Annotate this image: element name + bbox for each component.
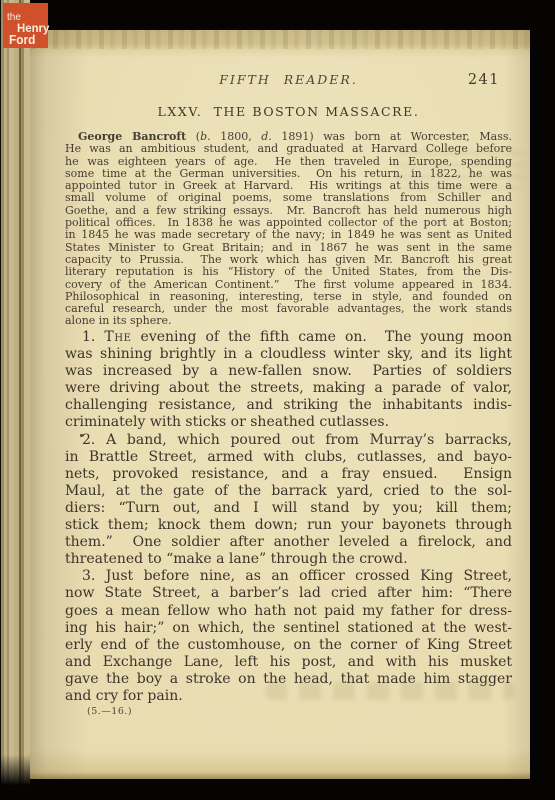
text-line: stick them; knock them down; run your ba…	[65, 517, 512, 534]
page-header: FIFTH READER. 241	[65, 72, 512, 88]
text-line: criminately with sticks or sheathed cutl…	[65, 414, 512, 431]
text-line: nets, provoked resistance, and a fray en…	[65, 466, 512, 483]
lesson-title: LXXV. THE BOSTON MASSACRE.	[65, 104, 512, 119]
text-line: 3. Just before nine, as an officer cross…	[65, 568, 512, 585]
text-line: was increased by a new-fallen snow. Part…	[65, 363, 512, 380]
henry-ford-logo: the Henry Ford	[3, 3, 48, 48]
text-line: Goethe, and a few striking essays. Mr. B…	[65, 205, 512, 217]
text-line: Philosophical in reasoning, interesting,…	[65, 291, 512, 303]
text-line: alone in its sphere.	[65, 315, 512, 327]
text-line: goes a mean fellow who hath not paid my …	[65, 603, 512, 620]
paragraph-1: 1. The evening of the fifth came on. The…	[65, 329, 512, 432]
book-page: FIFTH READER. 241 LXXV. THE BOSTON MASSA…	[30, 30, 530, 779]
text-line: threatened to “make a lane” through the …	[65, 551, 512, 568]
text-line: was shining brightly in a cloudless wint…	[65, 346, 512, 363]
text-line: 2. A band, which poured out from Murray’…	[65, 432, 512, 449]
text-line: in 1845 he was made secretary of the nav…	[65, 229, 512, 241]
showthrough-smudge	[265, 682, 515, 700]
lesson-text: 1. The evening of the fifth came on. The…	[65, 329, 512, 705]
showthrough-smudge	[395, 150, 525, 190]
text-line: them.” One soldier after another leveled…	[65, 534, 512, 551]
text-line: erly end of the customhouse, on the corn…	[65, 637, 512, 654]
text-line: careful research, under the most favorab…	[65, 303, 512, 315]
text-line: small volume of original poems, some tra…	[65, 192, 512, 204]
text-line: ing his hair;” on which, the sentinel st…	[65, 620, 512, 637]
text-line: political offices. In 1838 he was appoin…	[65, 217, 512, 229]
running-header: FIFTH READER.	[65, 72, 512, 87]
text-line: literary reputation is his “History of t…	[65, 266, 512, 278]
book-edge-pages	[0, 0, 30, 786]
ink-speck	[80, 434, 83, 437]
text-line: were driving about the streets, making a…	[65, 380, 512, 397]
text-line: covery of the American Continent.” The f…	[65, 279, 512, 291]
book-scan-stage: FIFTH READER. 241 LXXV. THE BOSTON MASSA…	[0, 0, 555, 800]
text-line: 1. The evening of the fifth came on. The…	[65, 329, 512, 346]
paragraph-2: 2. A band, which poured out from Murray’…	[65, 432, 512, 569]
text-line: now State Street, a barber’s lad cried a…	[65, 585, 512, 602]
text-line: States Minister to Great Britain; and in…	[65, 242, 512, 254]
text-line: Maul, at the gate of the barrack yard, c…	[65, 483, 512, 500]
text-line: diers: “Turn out, and I will stand by yo…	[65, 500, 512, 517]
text-line: George Bancroft (b. 1800, d. 1891) was b…	[65, 131, 512, 143]
page-number: 241	[468, 72, 500, 88]
text-line: and Exchange Lane, left his post, and wi…	[65, 654, 512, 671]
text-line: challenging resistance, and striking the…	[65, 397, 512, 414]
text-line: capacity to Prussia. The work which has …	[65, 254, 512, 266]
logo-text-ford: Ford	[9, 33, 35, 47]
text-line: in Brattle Street, armed with clubs, cut…	[65, 449, 512, 466]
printer-signature-mark: (5.—16.)	[87, 706, 132, 717]
